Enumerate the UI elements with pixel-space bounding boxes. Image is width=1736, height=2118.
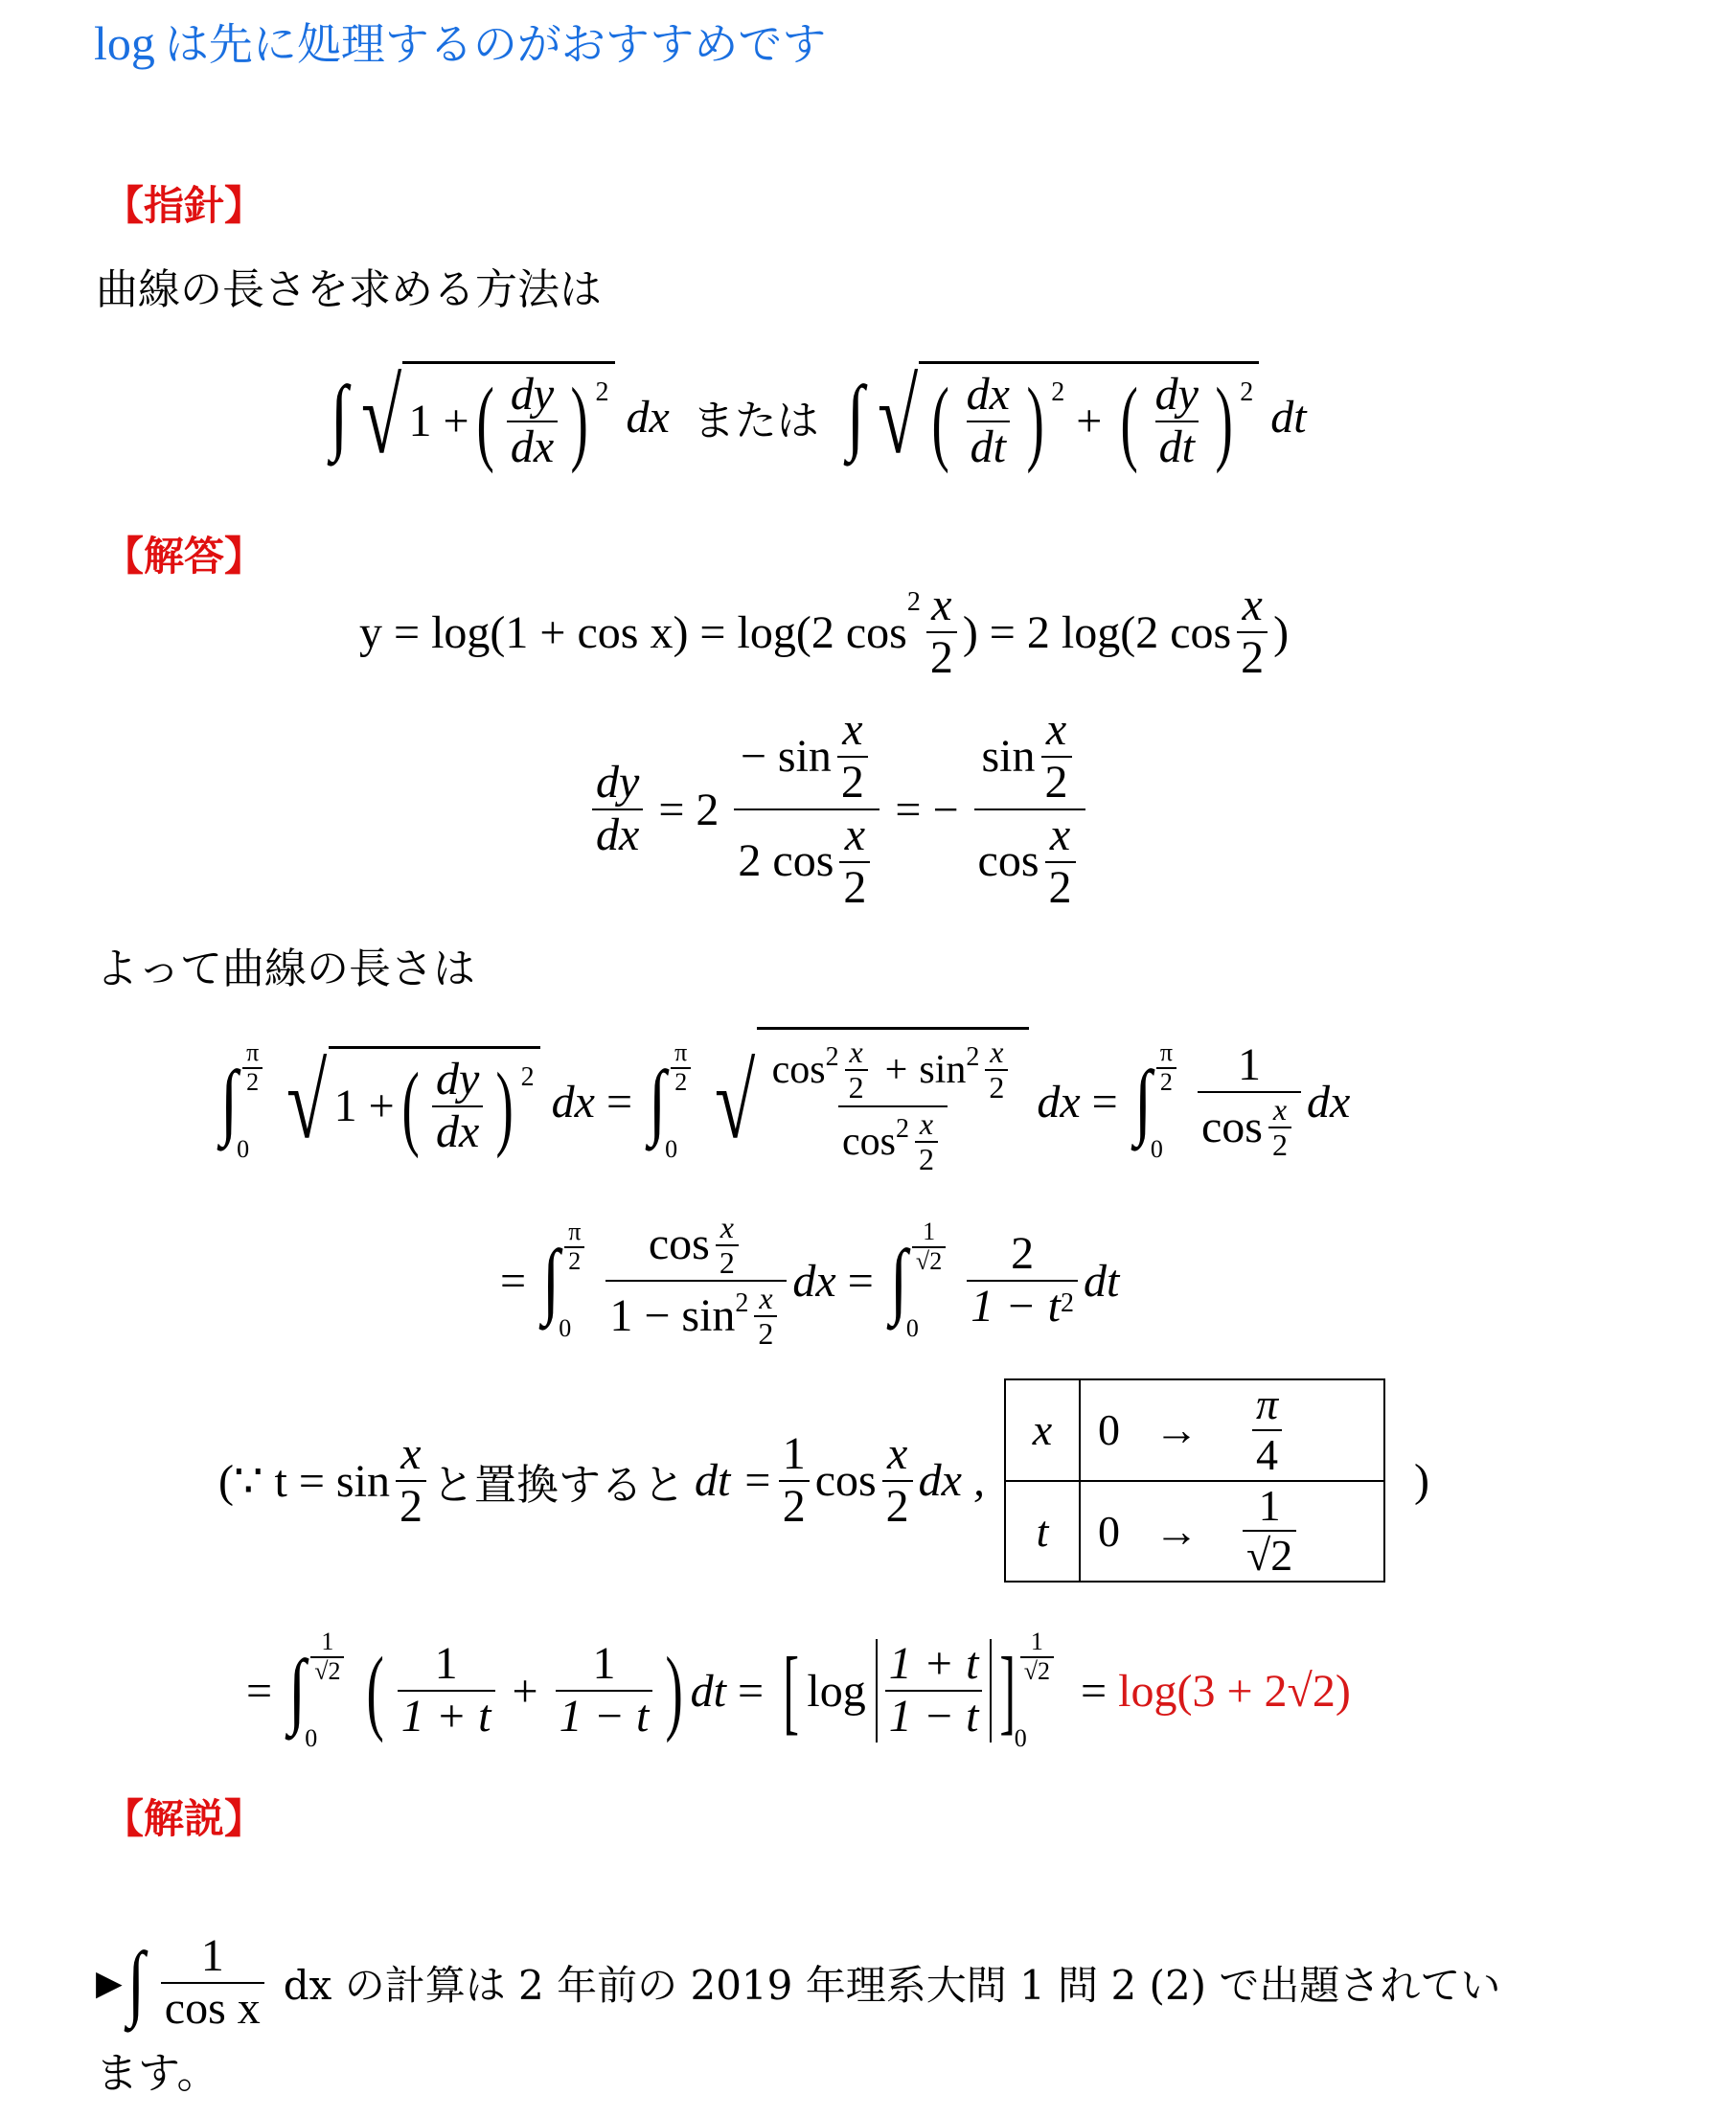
x: x (846, 1036, 867, 1069)
two: 2 (1268, 1127, 1291, 1162)
den-dt: dt (1155, 421, 1199, 473)
one-minus-t: 1 − t (556, 1690, 653, 1742)
one-plus: 1 + (334, 1080, 395, 1132)
to-num: π (1252, 1380, 1282, 1429)
two: 2 (839, 861, 870, 914)
cell-range: 0 → 1√2 (1080, 1481, 1384, 1582)
arrow-icon: → (1154, 1404, 1199, 1455)
sin: sin (982, 732, 1036, 783)
lower-limit: 0 (1151, 1135, 1182, 1164)
dt-eq: dt = (695, 1454, 773, 1507)
dx: dx (552, 1076, 595, 1128)
one: 1 (1234, 1040, 1265, 1091)
plus: + (513, 1665, 538, 1718)
dx: dx (792, 1255, 835, 1308)
to-num: 1 (1255, 1482, 1285, 1531)
two: 2 (671, 1067, 691, 1097)
one-minus-t: 1 − t (885, 1690, 983, 1742)
cos: cos (1201, 1103, 1263, 1153)
cos: cos (815, 1454, 877, 1507)
square: 2 (896, 1115, 909, 1145)
from: 0 (1098, 1404, 1120, 1455)
eq: = (1081, 1665, 1107, 1718)
lower-limit: 0 (1015, 1724, 1060, 1753)
square: 2 (966, 1043, 979, 1073)
two: 2 (564, 1246, 584, 1276)
close-paren: ) (1414, 1454, 1429, 1507)
x: x (841, 810, 869, 861)
one: 1 (197, 1931, 228, 1982)
pi: π (1156, 1039, 1176, 1067)
sqrt2: √2 (310, 1656, 344, 1686)
cell-var: t (1005, 1481, 1080, 1582)
one-minus-t: 1 − t (971, 1282, 1061, 1332)
integral-sign: ∫ (847, 375, 864, 459)
title-log: log (94, 16, 155, 70)
den-dx: dx (507, 421, 558, 473)
sqrt-2: √ ( dxdt ) 2 + ( dydt ) 2 (869, 361, 1259, 473)
two: 2 (1045, 861, 1076, 914)
pi: π (564, 1218, 584, 1246)
square: 2 (826, 1043, 839, 1073)
square: 2 (596, 377, 609, 408)
square: 2 (735, 1289, 748, 1319)
y-eq-part: y = log(1 + cos x) = log(2 cos (359, 606, 907, 659)
dx: dx (1307, 1076, 1350, 1128)
sqrt2: √2 (912, 1246, 946, 1276)
x: x (883, 1429, 911, 1480)
from: 0 (1098, 1506, 1120, 1557)
one: 1 (919, 1218, 939, 1246)
square: 2 (1061, 1289, 1074, 1319)
to-den: 4 (1252, 1429, 1282, 1480)
frac-cos-over-1-sin2: cosx2 1 − sin2x2 (605, 1211, 787, 1352)
x: x (397, 1429, 424, 1480)
lower-limit: 0 (559, 1314, 590, 1343)
den-dt: dt (967, 421, 1010, 473)
to-den: √2 (1243, 1530, 1296, 1581)
heading-guideline: 【指針】 (103, 174, 264, 232)
plus: + (1076, 395, 1102, 447)
pi: π (671, 1039, 691, 1067)
integral-line-2: = ∫ π20 cosx2 1 − sin2x2 dx = ∫ 1√20 2 1… (489, 1209, 1119, 1353)
x: x (717, 1211, 738, 1244)
final-line: = ∫ 1√20 ( 11 + t + 11 − t ) dt = [ log … (235, 1609, 1351, 1772)
dt-term: dt (1270, 391, 1306, 444)
heading-answer: 【解答】 (103, 525, 264, 582)
x: x (1042, 705, 1070, 756)
one: 1 (779, 1429, 810, 1480)
two: 2 (1007, 1229, 1038, 1280)
integral-sign: ∫ (1134, 1059, 1152, 1144)
frac-2-over-1-t2: 2 1 − t2 (967, 1229, 1078, 1332)
note-text: dx の計算は 2 年前の 2019 年理系大問 1 問 2 (2) で出題され… (284, 1954, 1501, 2012)
num-dy: dy (1152, 370, 1202, 421)
two: 2 (1237, 631, 1268, 684)
eq: = (738, 1665, 764, 1718)
x: x (1239, 581, 1267, 631)
one-plus-t: 1 + t (885, 1639, 983, 1690)
two: 2 (985, 1069, 1008, 1105)
dy: dy (432, 1055, 483, 1105)
cos: cos (978, 836, 1039, 887)
x: x (838, 705, 866, 756)
pi: π (242, 1039, 263, 1067)
y-mid-part: ) = 2 log(2 cos (963, 606, 1231, 659)
integral-sign: ∫ (127, 1941, 145, 2025)
final-result: log(3 + 2√2) (1118, 1665, 1351, 1718)
dx-term: dx (627, 391, 670, 444)
one: 1 (1027, 1628, 1047, 1656)
two: 2 (242, 1067, 263, 1097)
eq: = (848, 1255, 874, 1308)
two: 2 (779, 1480, 810, 1533)
integral-sign: ∫ (288, 1649, 306, 1733)
lower-limit: 0 (237, 1135, 268, 1164)
dx: dx (432, 1105, 483, 1158)
two: 2 (845, 1069, 868, 1105)
x: x (1046, 810, 1074, 861)
note-continuation: ます。 (96, 2038, 218, 2100)
two: 2 (1156, 1067, 1176, 1097)
triangle-bullet-icon: ▶ (96, 1963, 123, 2003)
one-plus-t: 1 + t (398, 1690, 495, 1742)
arrow-icon: → (1154, 1506, 1199, 1557)
sqrt2: √2 (1020, 1656, 1054, 1686)
integral-sign: ∫ (890, 1239, 907, 1323)
square: 2 (907, 587, 921, 618)
integral-sign: ∫ (331, 375, 348, 459)
cos-x: cos x (161, 1982, 264, 2035)
cos: cos (842, 1120, 896, 1164)
one: 1 (317, 1628, 337, 1656)
one-minus-sin: 1 − sin (609, 1291, 735, 1342)
equation-derivative: dydx = 2 − sinx2 2 cosx2 = − sinx2 cosx2 (586, 709, 1091, 910)
num-dx: dx (963, 370, 1014, 421)
eq: = (500, 1255, 526, 1308)
square: 2 (1240, 377, 1253, 408)
cell-var: x (1005, 1379, 1080, 1480)
length-text: よって曲線の長さは (96, 934, 475, 995)
x: x (986, 1036, 1007, 1069)
dx: dx (592, 808, 643, 861)
one: 1 (431, 1639, 462, 1690)
integral-sign: ∫ (220, 1059, 238, 1144)
x: x (927, 581, 955, 631)
cos: cos (649, 1219, 710, 1270)
integral-line-1: ∫ π20 √ 1 + ( dydx ) 2 dx = ∫ π20 √ cos2… (216, 1025, 1350, 1178)
dx: dx (1037, 1076, 1080, 1128)
x: x (916, 1107, 937, 1141)
connector-or: または (693, 386, 819, 447)
two: 2 (716, 1244, 739, 1280)
eq-two: = 2 (658, 784, 719, 836)
cell-range: 0 → π4 (1080, 1379, 1384, 1480)
one: 1 (588, 1639, 619, 1690)
two-cos: 2 cos (738, 836, 834, 887)
integral-sign: ∫ (542, 1239, 560, 1323)
sin: sin (919, 1048, 966, 1092)
substitution-table: x 0 → π4 t 0 → 1√2 (1004, 1378, 1385, 1582)
arc-length-formulas: ∫ √ 1 + ( dydx ) 2 dx または ∫ √ ( dxdt ) 2… (326, 340, 1307, 493)
two: 2 (1041, 756, 1072, 808)
dt: dt (691, 1665, 726, 1718)
frac-sin-over-cos: sinx2 cosx2 (974, 705, 1085, 913)
frac-neg-sin-over-2cos: − sinx2 2 cosx2 (734, 705, 879, 913)
frac-cos2-sin2: cos2x2+sin2x2 cos2x2 (768, 1036, 1018, 1176)
table-row-t: t 0 → 1√2 (1005, 1481, 1384, 1582)
cos: cos (772, 1048, 826, 1092)
explanation-note: ▶ ∫ 1cos x dx の計算は 2 年前の 2019 年理系大問 1 問 … (96, 1921, 1500, 2045)
sqrt-1: √ 1 + ( dydx ) 2 (353, 361, 614, 473)
two: 2 (754, 1315, 777, 1351)
square: 2 (521, 1062, 535, 1093)
table-row-x: x 0 → π4 (1005, 1379, 1384, 1480)
title-text: は先に処理するのがおすすめです (165, 18, 826, 70)
frac-1-over-cos: 1 cosx2 (1198, 1040, 1301, 1162)
substitute-text: と置換すると (432, 1450, 685, 1512)
log: log (807, 1665, 865, 1718)
guideline-text: 曲線の長さを求める方法は (96, 255, 602, 316)
eq: = (606, 1076, 632, 1128)
one-plus: 1 + (408, 395, 468, 447)
two: 2 (837, 756, 868, 808)
two: 2 (882, 1480, 913, 1533)
equation-y: y = log(1 + cos x) = log(2 cos 2 x2 ) = … (359, 580, 1289, 685)
y-end-part: ) (1273, 606, 1289, 659)
x: x (755, 1282, 776, 1315)
lower-limit: 0 (305, 1724, 350, 1753)
lower-limit: 0 (906, 1314, 951, 1343)
eq: = (246, 1665, 272, 1718)
square: 2 (1051, 377, 1064, 408)
lower-limit: 0 (665, 1135, 697, 1164)
x: x (1269, 1093, 1291, 1127)
two: 2 (926, 631, 957, 684)
eq-neg: = − (895, 784, 958, 836)
heading-explanation: 【解説】 (103, 1788, 264, 1845)
two: 2 (915, 1141, 938, 1176)
dy: dy (592, 758, 643, 808)
eq: = (1092, 1076, 1118, 1128)
two: 2 (396, 1480, 426, 1533)
page-title: logは先に処理するのがおすすめです (94, 10, 826, 73)
because-t-eq-sin: (∵ t = sin (218, 1454, 390, 1508)
integral-sign: ∫ (649, 1059, 666, 1144)
num-dy: dy (507, 370, 558, 421)
plus: + (885, 1048, 908, 1092)
dt: dt (1084, 1255, 1119, 1308)
neg-sin: − sin (741, 732, 832, 783)
dx-comma: dx , (919, 1454, 985, 1507)
substitution-line: (∵ t = sin x2 と置換すると dt = 12 cos x2 dx ,… (218, 1378, 1429, 1583)
